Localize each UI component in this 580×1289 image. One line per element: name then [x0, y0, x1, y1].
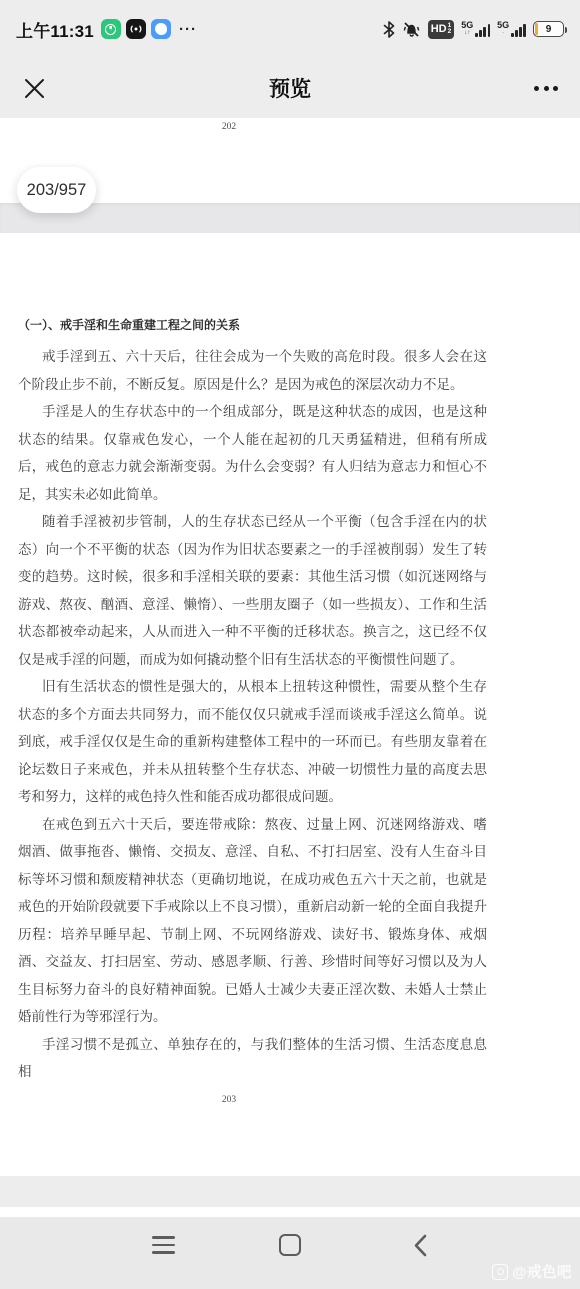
recorder-app-icon	[101, 19, 121, 39]
close-button[interactable]	[16, 70, 52, 106]
home-icon	[279, 1234, 301, 1256]
paragraph: 在戒色到五六十天后，要连带戒除：熬夜、过量上网、沉迷网络游戏、嗜烟酒、做事拖沓、…	[18, 811, 487, 1031]
battery-percent: 9	[546, 24, 552, 35]
messenger-app-icon	[151, 19, 171, 39]
signal-sim2-icon: 5G ·	[497, 21, 526, 37]
data-activity-dot: ·	[502, 29, 504, 37]
page-title: 预览	[0, 73, 580, 103]
paragraph: 手淫习惯不是孤立、单独存在的，与我们整体的生活习惯、生活态度息息相	[18, 1031, 487, 1086]
hd-sim-numbers: 1 2	[448, 23, 452, 35]
back-button[interactable]	[384, 1217, 456, 1273]
recents-icon	[152, 1236, 175, 1254]
android-nav-bar: @戒色吧	[0, 1217, 580, 1289]
data-activity-arrows: ↓↑	[464, 29, 470, 37]
bluetooth-icon	[383, 21, 395, 38]
page-footer-number: 203	[0, 1095, 458, 1105]
phone-screen: 上午11:31 ··· HD 1 2 5G ↓↑	[0, 0, 580, 1289]
preview-header: 预览	[0, 58, 580, 118]
paragraph: 手淫是人的生存状态中的一个组成部分，既是这种状态的成因，也是这种状态的结果。仅靠…	[18, 398, 487, 508]
more-menu-button[interactable]	[518, 72, 558, 104]
status-indicators: HD 1 2 5G ↓↑ 5G ·	[383, 20, 564, 39]
recents-button[interactable]	[127, 1217, 199, 1273]
radio-app-icon	[126, 19, 146, 39]
watermark-text: @戒色吧	[512, 1261, 572, 1282]
section-heading: （一）、戒手淫和生命重建工程之间的关系	[18, 317, 487, 334]
volte-hd-icon: HD 1 2	[428, 20, 455, 39]
close-icon	[24, 78, 45, 99]
battery-fill	[535, 23, 538, 35]
page-footer-number: 202	[0, 122, 458, 132]
watermark-logo-icon	[492, 1264, 508, 1280]
paragraph: 旧有生活状态的惯性是强大的，从根本上扭转这种惯性，需要从整个生存状态的多个方面去…	[18, 673, 487, 811]
watermark: @戒色吧	[492, 1261, 572, 1282]
paragraph: 随着手淫被初步管制，人的生存状态已经从一个平衡（包含手淫在内的状态）向一个不平衡…	[18, 508, 487, 673]
more-notifications-icon: ···	[179, 21, 197, 38]
back-chevron-icon	[414, 1234, 427, 1257]
paragraph: 戒手淫到五、六十天后，往往会成为一个失败的高危时段。很多人会在这个阶段止步不前，…	[18, 343, 487, 398]
signal-bars	[511, 23, 526, 37]
status-bar: 上午11:31 ··· HD 1 2 5G ↓↑	[0, 0, 580, 58]
mute-bell-icon	[402, 21, 421, 38]
notification-icons	[101, 19, 171, 39]
clock: 上午11:31	[16, 17, 94, 42]
signal-sim1-icon: 5G ↓↑	[461, 21, 490, 37]
document-page-204-edge	[0, 1207, 580, 1217]
battery-icon: 9	[533, 21, 564, 37]
home-button[interactable]	[254, 1217, 326, 1273]
document-text: （一）、戒手淫和生命重建工程之间的关系 戒手淫到五、六十天后，往往会成为一个失败…	[18, 317, 487, 1086]
signal-bars	[475, 23, 490, 37]
page-indicator-badge: 203/957	[17, 167, 96, 213]
document-page-203[interactable]: （一）、戒手淫和生命重建工程之间的关系 戒手淫到五、六十天后，往往会成为一个失败…	[0, 233, 580, 1176]
